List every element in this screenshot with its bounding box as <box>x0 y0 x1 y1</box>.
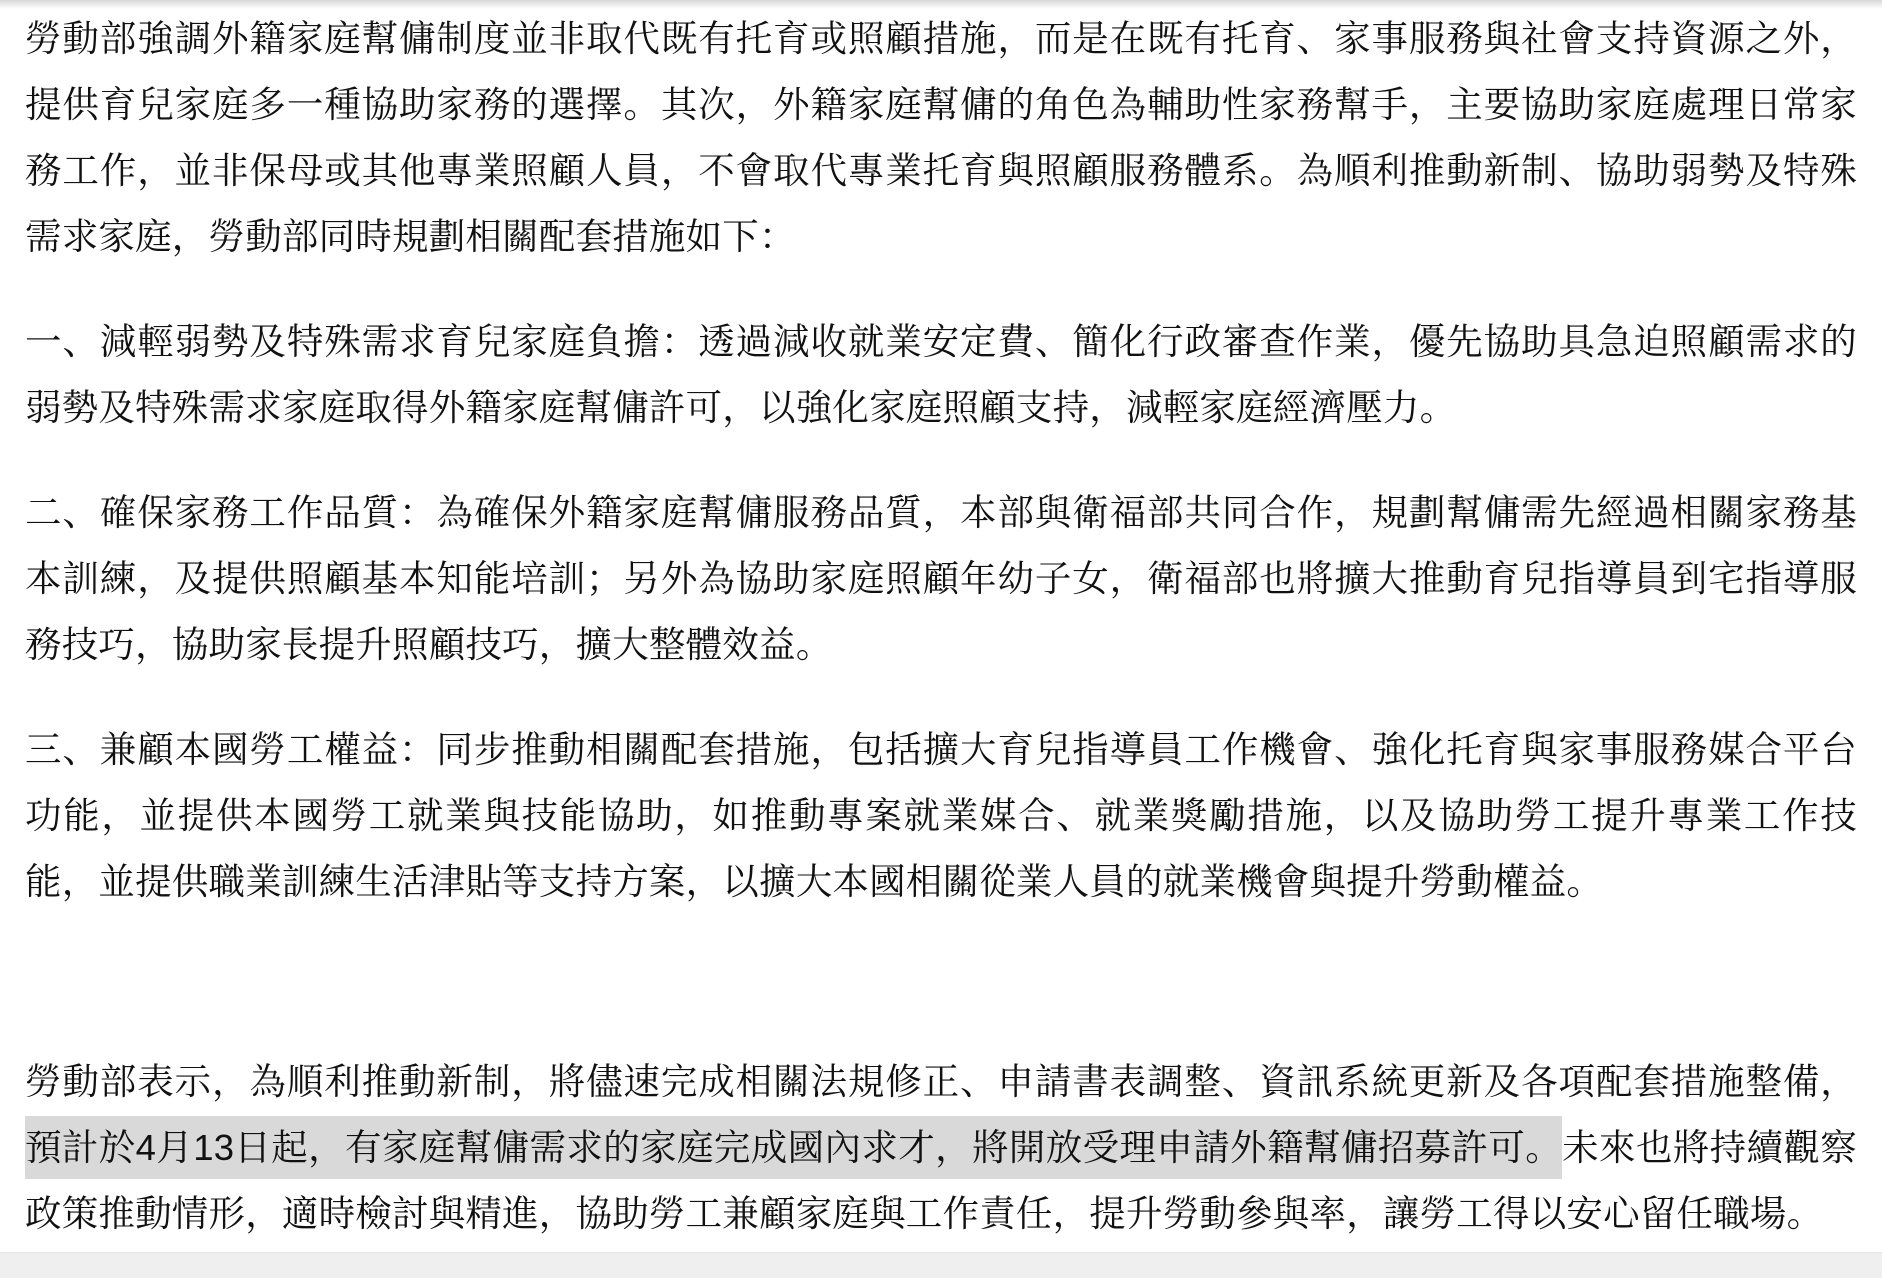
top-edge-shadow <box>0 0 1882 9</box>
measure-3-paragraph: 三、兼顧本國勞工權益：同步推動相關配套措施，包括擴大育兒指導員工作機會、強化托育… <box>25 717 1857 915</box>
highlighted-text: 預計於4月13日起，有家庭幫傭需求的家庭完成國內求才，將開放受理申請外籍幫傭招募… <box>25 1116 1562 1179</box>
closing-text-before-highlight: 勞動部表示，為順利推動新制，將儘速完成相關法規修正、申請書表調整、資訊系統更新及… <box>25 1061 1857 1102</box>
measure-1-paragraph: 一、減輕弱勢及特殊需求育兒家庭負擔：透過減收就業安定費、簡化行政審查作業，優先協… <box>25 309 1857 441</box>
blank-line <box>25 954 1857 1010</box>
intro-paragraph: 勞動部強調外籍家庭幫傭制度並非取代既有托育或照顧措施，而是在既有托育、家事服務與… <box>25 6 1857 270</box>
closing-paragraph: 勞動部表示，為順利推動新制，將儘速完成相關法規修正、申請書表調整、資訊系統更新及… <box>25 1049 1857 1247</box>
measure-2-paragraph: 二、確保家務工作品質：為確保外籍家庭幫傭服務品質，本部與衛福部共同合作，規劃幫傭… <box>25 480 1857 678</box>
bottom-edge-strip <box>0 1252 1882 1278</box>
document-body: 勞動部強調外籍家庭幫傭制度並非取代既有托育或照顧措施，而是在既有托育、家事服務與… <box>0 0 1882 1247</box>
